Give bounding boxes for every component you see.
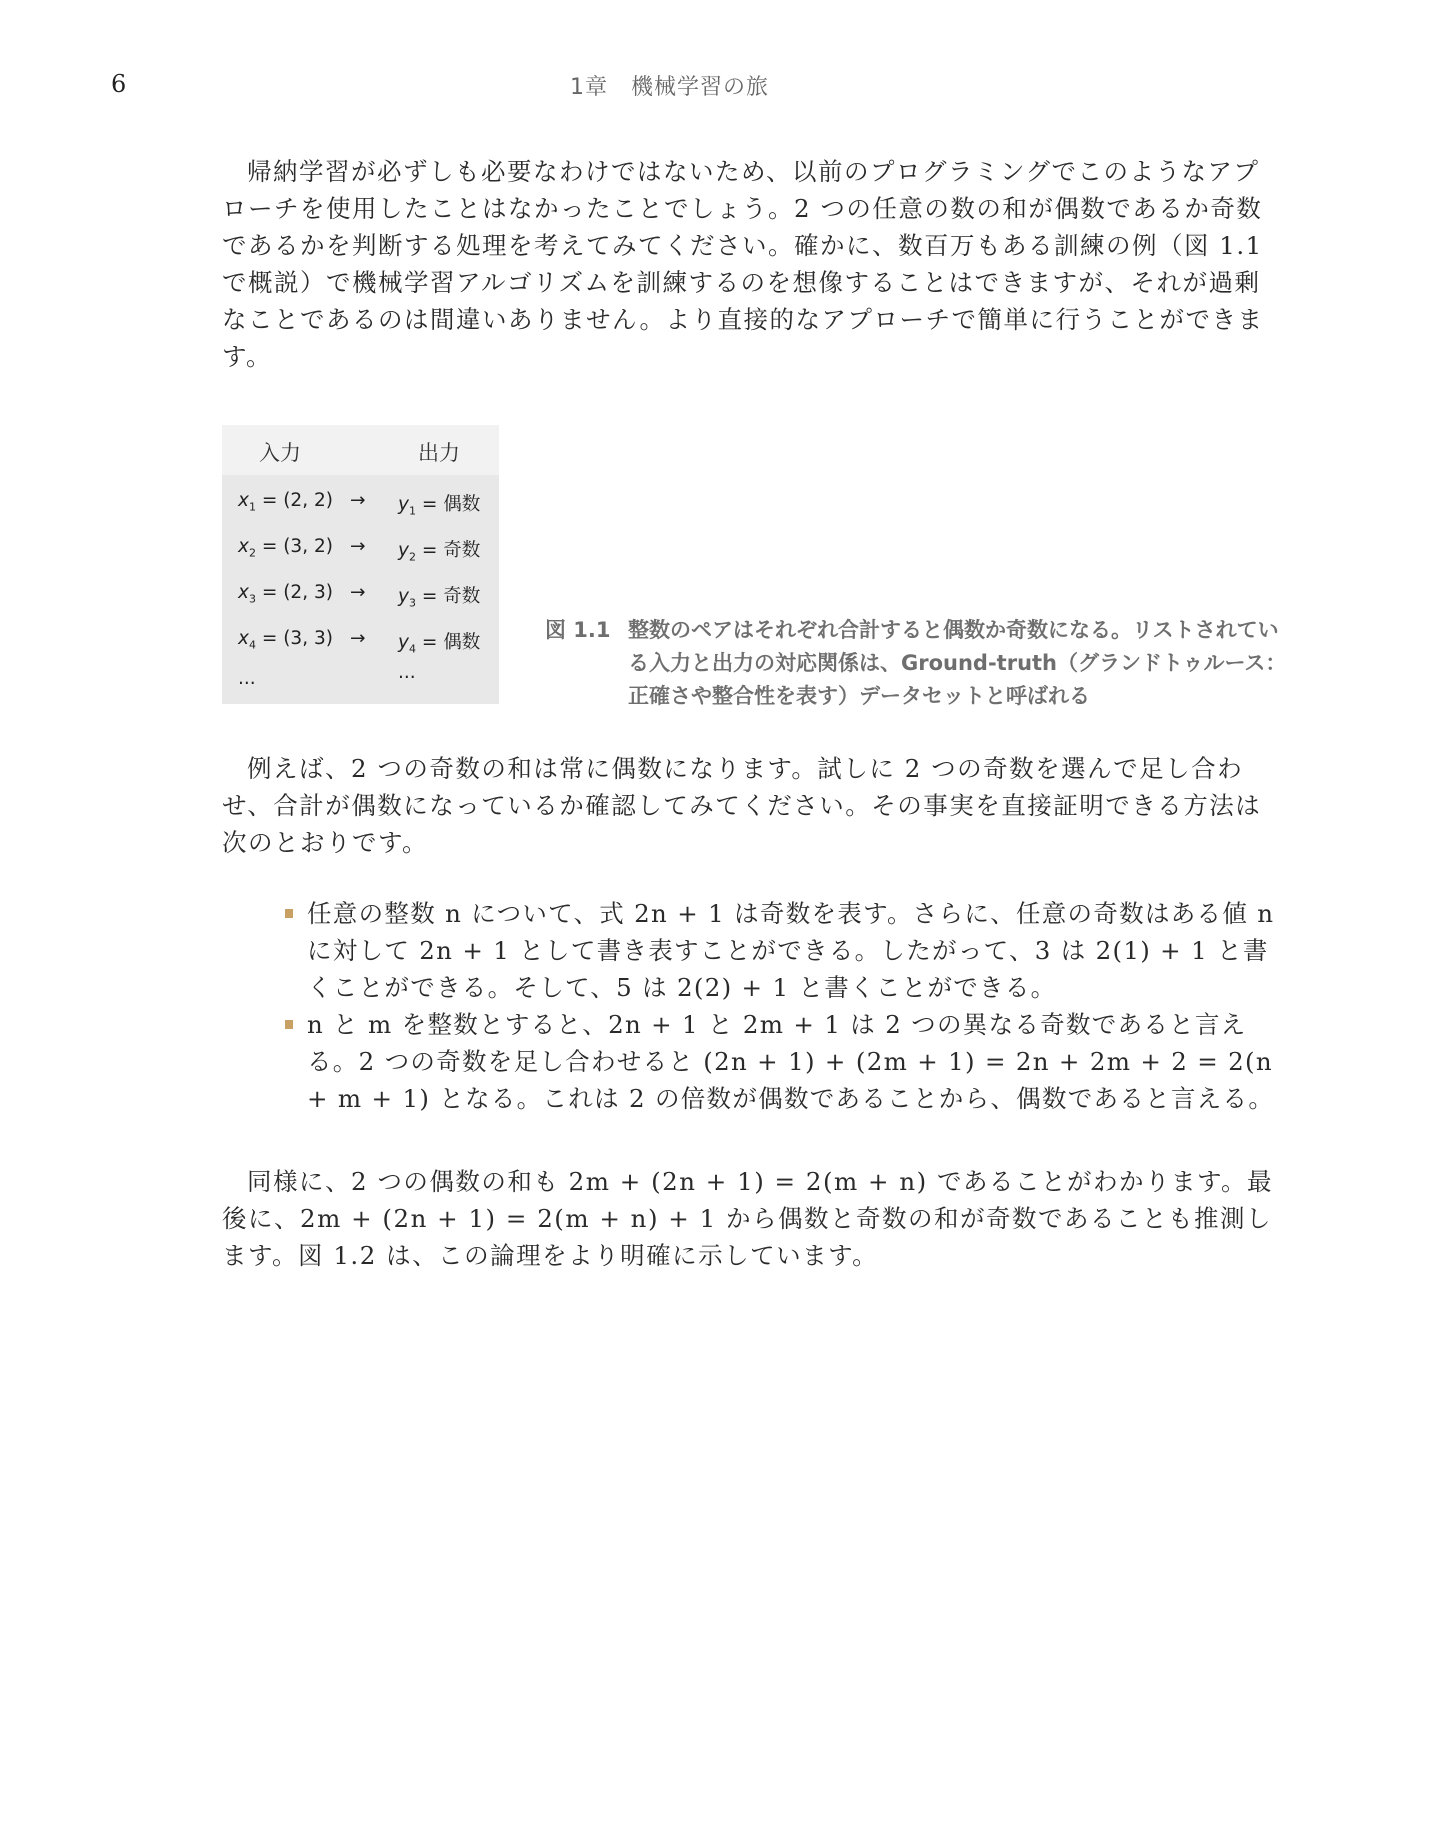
y-value: = 偶数: [416, 632, 480, 653]
paragraph-intro: 帰納学習が必ずしも必要なわけではないため、以前のプログラミングでこのようなアプロ…: [222, 153, 1282, 375]
running-head: 1章 機械学習の旅: [570, 70, 769, 101]
square-bullet-icon: [285, 909, 293, 918]
arrow-icon: →: [350, 536, 366, 557]
y-sub: 4: [409, 643, 416, 656]
y-value: = 奇数: [416, 586, 480, 607]
y-sub: 2: [409, 551, 416, 564]
caption-text: 整数のペアはそれぞれ合計すると偶数か奇数になる。リストされている入力と出力の対応…: [628, 614, 1288, 713]
x-value: = (3, 2): [256, 536, 333, 557]
list-item: 任意の整数 n について、式 2n + 1 は奇数を表す。さらに、任意の奇数はあ…: [282, 895, 1292, 1006]
y-var: y: [398, 494, 409, 515]
figure-table-header: 入力 出力: [222, 425, 499, 475]
arrow-icon: →: [350, 490, 366, 511]
paragraph-conclusion: 同様に、2 つの偶数の和も 2m + (2n + 1) = 2(m + n) で…: [222, 1163, 1282, 1274]
y-var: y: [398, 540, 409, 561]
arrow-icon: →: [350, 582, 366, 603]
x-var: x: [238, 536, 249, 557]
y-value: = 偶数: [416, 494, 480, 515]
x-var: x: [238, 490, 249, 511]
x-sub: 3: [249, 593, 256, 606]
y-value: = 奇数: [416, 540, 480, 561]
y-sub: 3: [409, 597, 416, 610]
x-value: = (2, 2): [256, 490, 333, 511]
output-column-header: 出力: [418, 437, 460, 467]
y-var: y: [398, 632, 409, 653]
figure-1-1-table: 入力 出力 x1 = (2, 2) → y1 = 偶数 x2 = (3, 2) …: [222, 425, 499, 704]
proof-bullet-list: 任意の整数 n について、式 2n + 1 は奇数を表す。さらに、任意の奇数はあ…: [282, 895, 1292, 1117]
page-number: 6: [111, 70, 126, 98]
x-var: x: [238, 582, 249, 603]
ellipsis-output: ...: [398, 662, 416, 683]
bullet-text: n と m を整数とすると、2n + 1 と 2m + 1 は 2 つの異なる奇…: [307, 1010, 1274, 1113]
ellipsis-input: ...: [238, 668, 256, 689]
paragraph-example: 例えば、2 つの奇数の和は常に偶数になります。試しに 2 つの奇数を選んで足し合…: [222, 750, 1282, 861]
x-sub: 2: [249, 547, 256, 560]
figure-label: 図 1.1: [545, 614, 611, 647]
x-var: x: [238, 628, 249, 649]
y-sub: 1: [409, 505, 416, 518]
arrow-icon: →: [350, 628, 366, 649]
input-column-header: 入力: [259, 437, 301, 467]
x-sub: 4: [249, 639, 256, 652]
x-value: = (3, 3): [256, 628, 333, 649]
bullet-text: 任意の整数 n について、式 2n + 1 は奇数を表す。さらに、任意の奇数はあ…: [307, 899, 1274, 1002]
x-sub: 1: [249, 501, 256, 514]
y-var: y: [398, 586, 409, 607]
list-item: n と m を整数とすると、2n + 1 と 2m + 1 は 2 つの異なる奇…: [282, 1006, 1292, 1117]
x-value: = (2, 3): [256, 582, 333, 603]
square-bullet-icon: [285, 1020, 293, 1029]
